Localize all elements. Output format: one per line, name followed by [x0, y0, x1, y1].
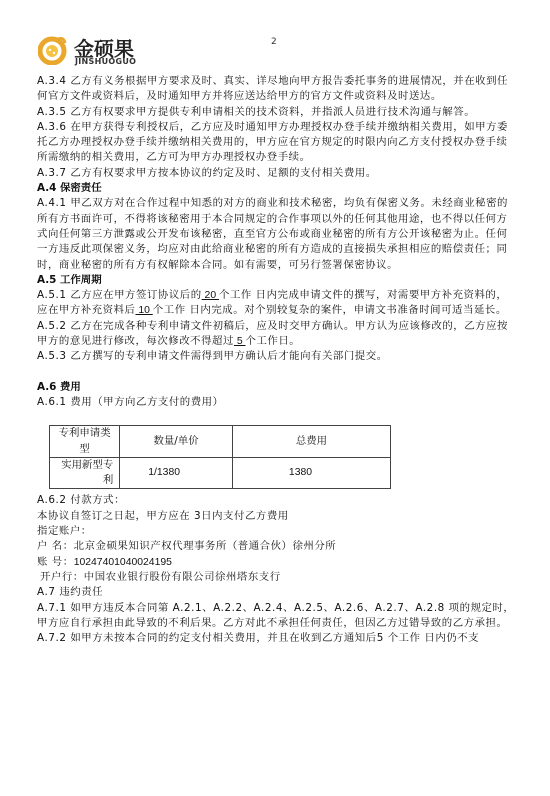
section-title-a7: A.7 违约责任 [37, 585, 517, 600]
company-logo: 金硕果 JINSHUOGUO [38, 33, 148, 69]
account-number: 账 号：10247401040024195 [37, 555, 517, 570]
fee-table: 专利申请类型 数量/单价 总费用 实用新型专利 1/1380 1380 [49, 425, 391, 489]
section-title-a6: A.6 费用 [37, 380, 517, 395]
account-number-label: 账 号： [37, 556, 74, 568]
bank-name: 开户行：中国农业银行股份有限公司徐州塔东支行 [37, 570, 517, 585]
table-cell: 1380 [232, 457, 390, 489]
spacer [37, 365, 517, 380]
clause-a36: A.3.6 在甲方获得专利授权后，乙方应及时通知甲方办理授权办登手续并缴纳相关费… [37, 120, 517, 166]
clause-a61: A.6.1 费用（甲方向乙方支付的费用） [37, 395, 517, 410]
logo-icon [38, 35, 68, 65]
clause-a62: A.6.2 付款方式： [37, 493, 517, 508]
clause-a35: A.3.5 乙方有权要求甲方提供专利申请相关的技术资料，并指派人员进行技术沟通与… [37, 105, 517, 120]
table-header-cell: 总费用 [232, 426, 390, 458]
document-body: A.3.4 乙方有义务根据甲方要求及时、真实、详尽地向甲方报告委托事务的进展情况… [37, 74, 517, 646]
clause-a52-post: 个工作日。 [246, 335, 301, 347]
page-number: 2 [271, 37, 277, 47]
clause-a51-pre: A.5.1 乙方应在甲方签订协议后的 [37, 289, 202, 301]
table-cell: 实用新型专利 [50, 457, 120, 489]
clause-a51-post: 个工作 日内完成。对个别较复杂的案件，申请文书准备时间可适当延长。 [153, 304, 507, 316]
clause-a34: A.3.4 乙方有义务根据甲方要求及时、真实、详尽地向甲方报告委托事务的进展情况… [37, 74, 517, 105]
account-number-value: 10247401040024195 [74, 557, 172, 568]
section-title-a5: A.5 工作周期 [37, 273, 517, 288]
clause-a52: A.5.2 乙方在完成各种专利申请文件初稿后，应及时交甲方确认。甲方认为应该修改… [37, 319, 517, 350]
clause-a37: A.3.7 乙方有权要求甲方按本协议的约定及时、足额的支付相关费用。 [37, 166, 517, 181]
payment-term: 本协议自签订之日起，甲方应在 3日内支付乙方费用 [37, 509, 517, 524]
section-title-a4: A.4 保密责任 [37, 181, 517, 196]
logo-text-en: JINSHUOGUO [75, 57, 136, 66]
days-field-3: 5 [234, 336, 246, 347]
clause-a71: A.7.1 如甲方违反本合同第 A.2.1、A.2.2、A.2.4、A.2.5、… [37, 601, 517, 632]
clause-a53: A.5.3 乙方撰写的专利申请文件需得到甲方确认后才能向有关部门提交。 [37, 349, 517, 364]
table-cell: 1/1380 [120, 457, 233, 489]
table-header-cell: 专利申请类型 [50, 426, 120, 458]
days-field-1: 20 [202, 290, 219, 301]
account-name: 户 名：北京金硕果知识产权代理事务所（普通合伙）徐州分所 [37, 539, 517, 554]
days-field-2: 10 [135, 305, 152, 316]
table-header-row: 专利申请类型 数量/单价 总费用 [50, 426, 391, 458]
account-label: 指定账户： [37, 524, 517, 539]
table-row: 实用新型专利 1/1380 1380 [50, 457, 391, 489]
clause-a72: A.7.2 如甲方未按本合同的约定支付相关费用，并且在收到乙方通知后5 个工作 … [37, 631, 517, 646]
clause-a41: A.4.1 甲乙双方对在合作过程中知悉的对方的商业和技术秘密，均负有保密义务。未… [37, 196, 517, 272]
clause-a51: A.5.1 乙方应在甲方签订协议后的 20 个工作 日内完成申请文件的撰写，对需… [37, 288, 517, 319]
table-header-cell: 数量/单价 [120, 426, 233, 458]
